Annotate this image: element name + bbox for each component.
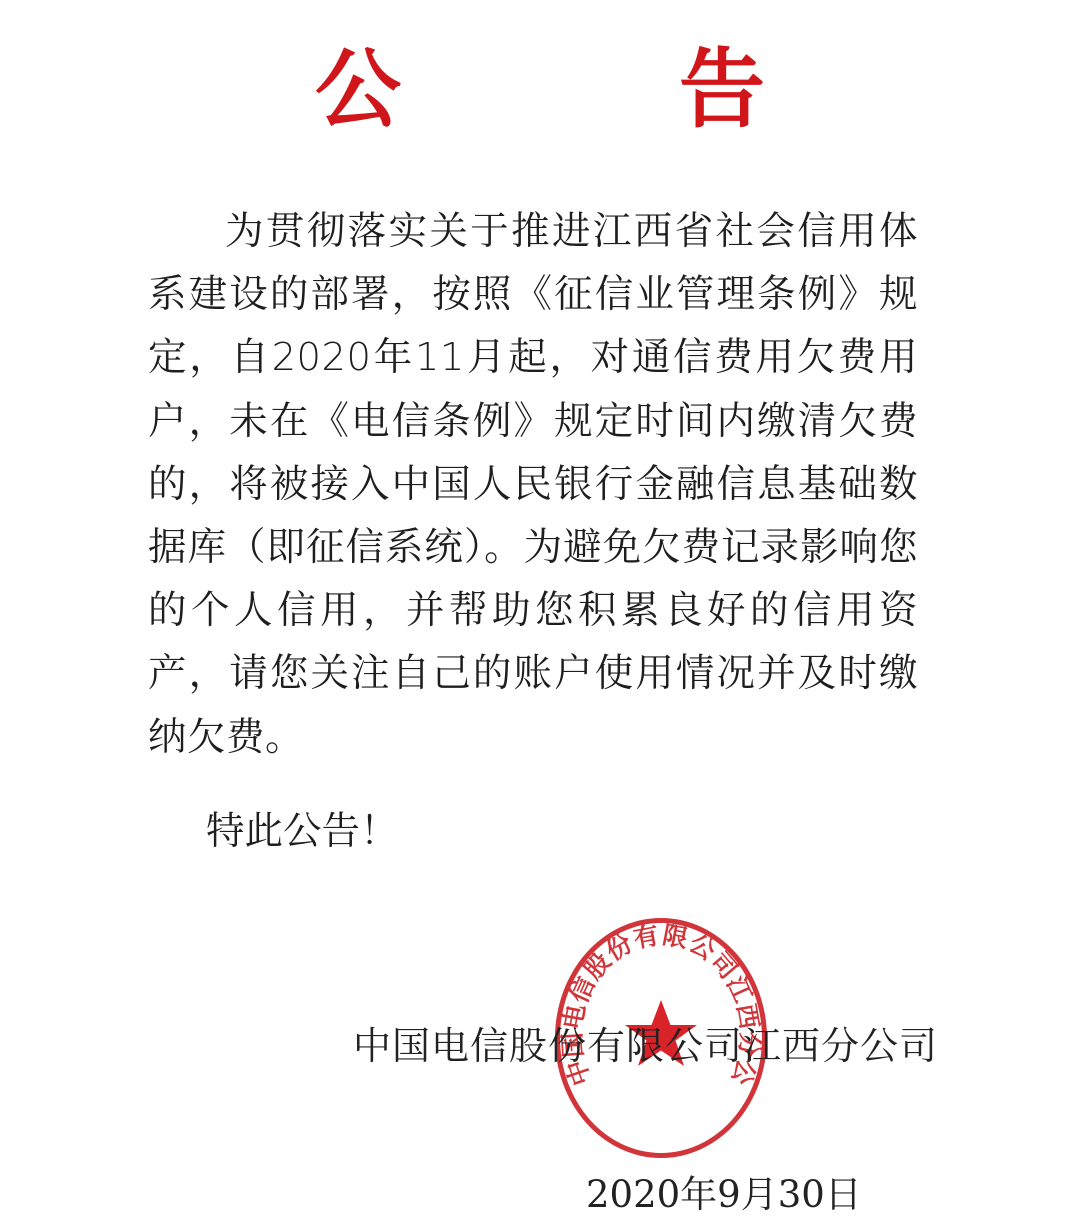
notice-closing: 特此公告！ xyxy=(206,800,399,863)
signature-company: 中国电信股份有限公司江西分公司 xyxy=(353,1016,938,1076)
notice-date: 2020年9月30日 xyxy=(586,1168,862,1222)
notice-title: 公 告 xyxy=(0,40,1080,140)
notice-paragraph: 为贯彻落实关于推进江西省社会信用体系建设的部署，按照《征信业管理条例》规定，自2… xyxy=(148,200,918,769)
notice-body: 为贯彻落实关于推进江西省社会信用体系建设的部署，按照《征信业管理条例》规定，自2… xyxy=(148,200,918,769)
